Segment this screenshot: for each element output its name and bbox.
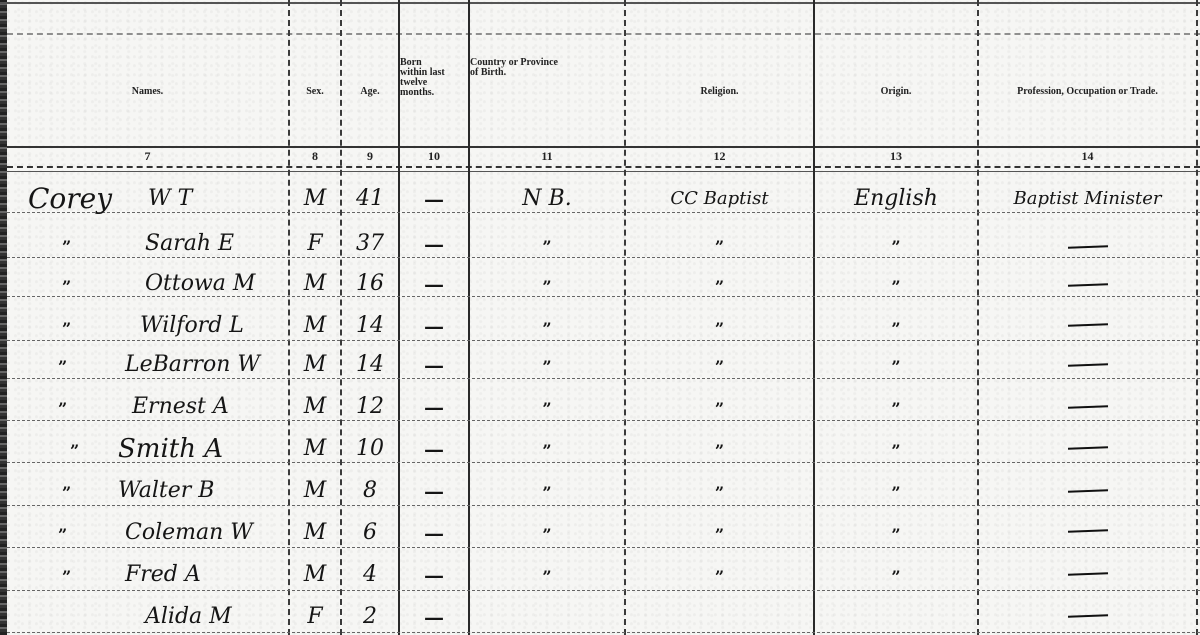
dash-mark	[1067, 363, 1107, 366]
cell-occupation-dash	[979, 427, 1196, 457]
header-origin: Origin.	[815, 40, 977, 144]
header-born-within-last-twelve-months: Born within last twelve months.	[400, 40, 468, 144]
cell-religion-ditto: ”	[626, 560, 813, 590]
cell-origin-ditto: ”	[815, 560, 977, 590]
column-number-12: 12	[626, 147, 813, 166]
cell-given-name: Smith A	[118, 432, 223, 462]
cell-given-name: Ernest A	[132, 390, 229, 420]
dash-mark	[1067, 405, 1107, 408]
cell-birthplace-ditto: ”	[470, 476, 624, 506]
cell-born: —	[400, 309, 468, 339]
cell-origin-ditto: ”	[815, 476, 977, 506]
cell-origin-ditto: ”	[815, 392, 977, 422]
cell-sex: M	[290, 516, 340, 546]
cell-sex: M	[290, 348, 340, 378]
row-rule	[7, 590, 1200, 591]
cell-sex: M	[290, 182, 340, 212]
cell-origin: English	[815, 182, 977, 212]
cell-age: 14	[342, 348, 398, 378]
cell-given-name: Ottowa M	[145, 267, 255, 297]
cell-occupation-dash	[979, 470, 1196, 500]
cell-sex: M	[290, 432, 340, 462]
cell-given-name: Walter B	[118, 474, 214, 504]
dash-mark	[1067, 446, 1107, 449]
cell-born: —	[400, 600, 468, 630]
cell-age: 6	[342, 516, 398, 546]
cell-given-name: Wilford L	[140, 309, 244, 339]
cell-religion-ditto: ”	[626, 434, 813, 464]
cell-sex: M	[290, 309, 340, 339]
cell-age: 41	[342, 182, 398, 212]
column-number-10: 10	[400, 147, 468, 166]
cell-birthplace-ditto: ”	[470, 392, 624, 422]
cell-sex: M	[290, 267, 340, 297]
cell-religion-ditto: ”	[626, 476, 813, 506]
cell-surname-ditto: ”	[62, 270, 71, 300]
cell-occupation-dash	[979, 553, 1196, 583]
cell-birthplace-ditto: ”	[470, 560, 624, 590]
cell-surname-ditto: ”	[58, 518, 67, 548]
column-number-9: 9	[342, 147, 398, 166]
cell-religion: CC Baptist	[626, 182, 813, 212]
cell-origin-ditto: ”	[815, 230, 977, 260]
cell-given-name: Coleman W	[125, 516, 253, 546]
column-number-rule	[7, 166, 1200, 168]
cell-birthplace-ditto: ”	[470, 518, 624, 548]
dash-mark	[1067, 245, 1107, 248]
cell-age: 8	[342, 474, 398, 504]
cell-given-name: LeBarron W	[125, 348, 260, 378]
column-number-14: 14	[979, 147, 1196, 166]
cell-age: 16	[342, 267, 398, 297]
cell-born: —	[400, 516, 468, 546]
header-sex: Sex.	[290, 40, 340, 144]
row-rule	[7, 212, 1200, 213]
cell-born: —	[400, 227, 468, 257]
cell-age: 10	[342, 432, 398, 462]
cell-sex: F	[290, 227, 340, 257]
cell-religion-ditto: ”	[626, 270, 813, 300]
cell-born: —	[400, 558, 468, 588]
header-age: Age.	[342, 40, 398, 144]
cell-born: —	[400, 432, 468, 462]
cell-origin-ditto: ”	[815, 350, 977, 380]
column-number-rule-lower	[7, 171, 1200, 172]
header-occupation: Profession, Occupation or Trade.	[979, 40, 1196, 144]
cell-occupation-dash	[979, 226, 1196, 256]
cell-age: 2	[342, 600, 398, 630]
cell-occupation-dash	[979, 304, 1196, 334]
column-number-13: 13	[815, 147, 977, 166]
cell-occupation-dash	[979, 510, 1196, 540]
dash-mark	[1067, 323, 1107, 326]
divider-right-edge	[1196, 0, 1198, 635]
cell-origin-ditto: ”	[815, 434, 977, 464]
cell-origin-ditto: ”	[815, 312, 977, 342]
header-country-of-birth: Country or Province of Birth.	[470, 40, 624, 144]
cell-origin-ditto: ”	[815, 270, 977, 300]
header-names: Names.	[7, 40, 288, 144]
column-number-7: 7	[7, 147, 288, 166]
cell-birthplace: N B.	[470, 182, 624, 212]
cell-given-name: Alida M	[145, 600, 232, 630]
cell-surname: Corey	[28, 182, 112, 212]
cell-religion-ditto: ”	[626, 392, 813, 422]
cell-occupation: Baptist Minister	[979, 182, 1196, 212]
cell-born: —	[400, 182, 468, 212]
cell-given-name: Sarah E	[145, 227, 234, 257]
cell-surname-ditto: ”	[62, 476, 71, 506]
census-sheet: Names. Sex. Age. Born within last twelve…	[0, 0, 1200, 635]
cell-birthplace-ditto: ”	[470, 230, 624, 260]
page-binding-edge	[0, 0, 7, 635]
dash-mark	[1067, 283, 1107, 286]
cell-religion-ditto: ”	[626, 350, 813, 380]
cell-surname-ditto: ”	[62, 230, 71, 260]
header-born-line4: months.	[400, 88, 434, 98]
cell-birthplace-ditto: ”	[470, 270, 624, 300]
cell-religion-ditto: ”	[626, 312, 813, 342]
cell-surname-ditto: ”	[62, 560, 71, 590]
top-rule	[0, 2, 1200, 4]
cell-given-name: Fred A	[125, 558, 201, 588]
cell-age: 37	[342, 227, 398, 257]
cell-surname-ditto: ”	[70, 434, 79, 464]
column-number-11: 11	[470, 147, 624, 166]
cell-occupation-dash	[979, 264, 1196, 294]
dash-mark	[1067, 529, 1107, 532]
cell-age: 4	[342, 558, 398, 588]
cell-sex: M	[290, 558, 340, 588]
cell-age: 14	[342, 309, 398, 339]
dash-mark	[1067, 614, 1107, 617]
cell-age: 12	[342, 390, 398, 420]
cell-religion-ditto: ”	[626, 230, 813, 260]
row-rule	[7, 632, 1200, 633]
cell-born: —	[400, 474, 468, 504]
cell-occupation-dash	[979, 386, 1196, 416]
header-religion: Religion.	[626, 40, 813, 144]
cell-surname-ditto: ”	[58, 350, 67, 380]
cell-occupation-dash	[979, 344, 1196, 374]
dash-mark	[1067, 572, 1107, 575]
cell-birthplace-ditto: ”	[470, 350, 624, 380]
cell-surname-ditto: ”	[62, 312, 71, 342]
cell-born: —	[400, 390, 468, 420]
cell-occupation-dash	[979, 595, 1196, 625]
cell-sex: M	[290, 390, 340, 420]
header-dashed-rule	[7, 33, 1200, 35]
cell-origin-ditto: ”	[815, 518, 977, 548]
cell-religion-ditto: ”	[626, 518, 813, 548]
cell-sex: M	[290, 474, 340, 504]
cell-sex: F	[290, 600, 340, 630]
cell-surname-ditto: ”	[58, 392, 67, 422]
cell-birthplace-ditto: ”	[470, 434, 624, 464]
header-country-line2: of Birth.	[470, 68, 506, 78]
cell-born: —	[400, 267, 468, 297]
dash-mark	[1067, 489, 1107, 492]
column-number-8: 8	[290, 147, 340, 166]
cell-given-name: W T	[148, 182, 192, 212]
cell-born: —	[400, 348, 468, 378]
cell-birthplace-ditto: ”	[470, 312, 624, 342]
